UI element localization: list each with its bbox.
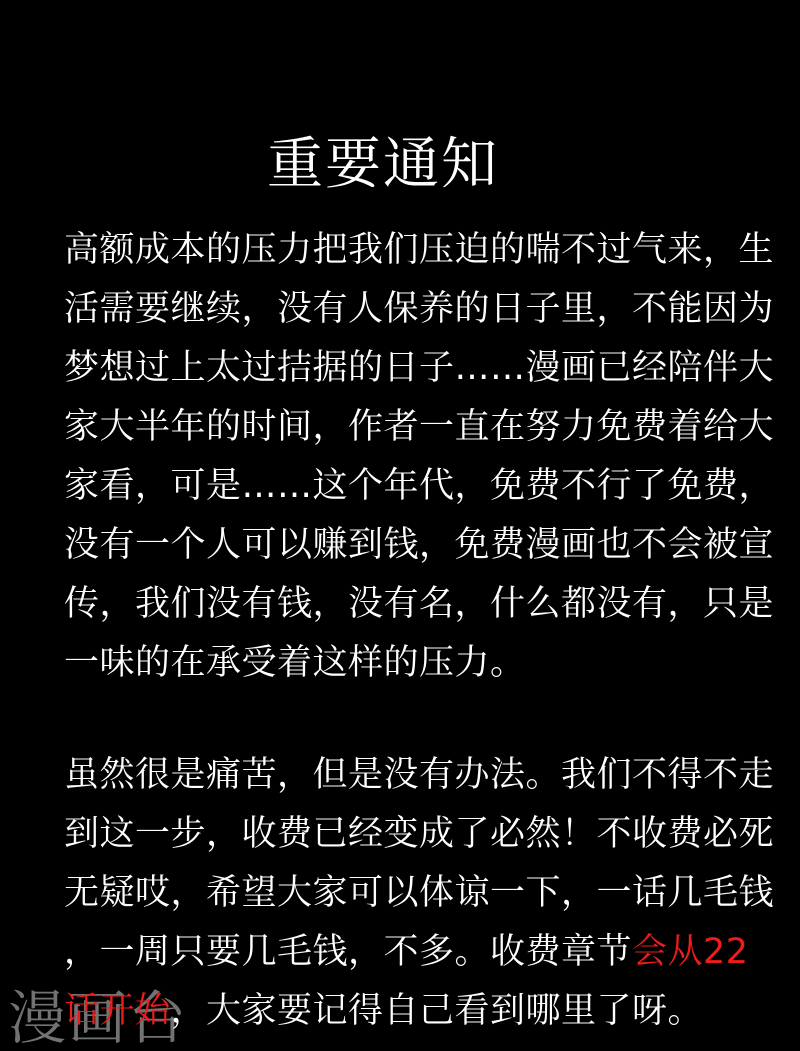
notice-title: 重要通知 — [0, 130, 766, 200]
highlight-text: 会从22 — [632, 932, 749, 972]
paragraph-line: 高额成本的压力把我们压迫的喘不过气来，生 — [64, 221, 764, 280]
paragraph-line: 话开始，大家要记得自己看到哪里了呀。 — [64, 982, 764, 1041]
paragraph-line: 家大半年的时间，作者一直在努力免费着给大 — [64, 398, 764, 457]
paragraph-line: 无疑哎，希望大家可以体谅一下，一话几毛钱 — [64, 864, 764, 923]
highlight-text: 话开始 — [64, 991, 171, 1031]
paragraph-line: 家看，可是……这个年代，免费不行了免费， — [64, 457, 764, 516]
notice-paragraph-2: 虽然很是痛苦，但是没有办法。我们不得不走 到这一步，收费已经变成了必然！不收费必… — [64, 746, 764, 1041]
paragraph-line: 虽然很是痛苦，但是没有办法。我们不得不走 — [64, 746, 764, 805]
paragraph-line: 梦想过上太过拮据的日子……漫画已经陪伴大 — [64, 339, 764, 398]
paragraph-line: ，一周只要几毛钱，不多。收费章节会从22 — [64, 923, 764, 982]
paragraph-line: 传，我们没有钱，没有名，什么都没有，只是 — [64, 575, 764, 634]
paragraph-text: ，大家要记得自己看到哪里了呀。 — [171, 991, 704, 1031]
paragraph-text: ，一周只要几毛钱，不多。收费章节 — [64, 932, 632, 972]
paragraph-line: 活需要继续，没有人保养的日子里，不能因为 — [64, 280, 764, 339]
paragraph-line: 一味的在承受着这样的压力。 — [64, 634, 764, 693]
paragraph-line: 到这一步，收费已经变成了必然！不收费必死 — [64, 805, 764, 864]
paragraph-line: 没有一个人可以赚到钱，免费漫画也不会被宣 — [64, 516, 764, 575]
notice-paragraph-1: 高额成本的压力把我们压迫的喘不过气来，生 活需要继续，没有人保养的日子里，不能因… — [64, 221, 764, 693]
